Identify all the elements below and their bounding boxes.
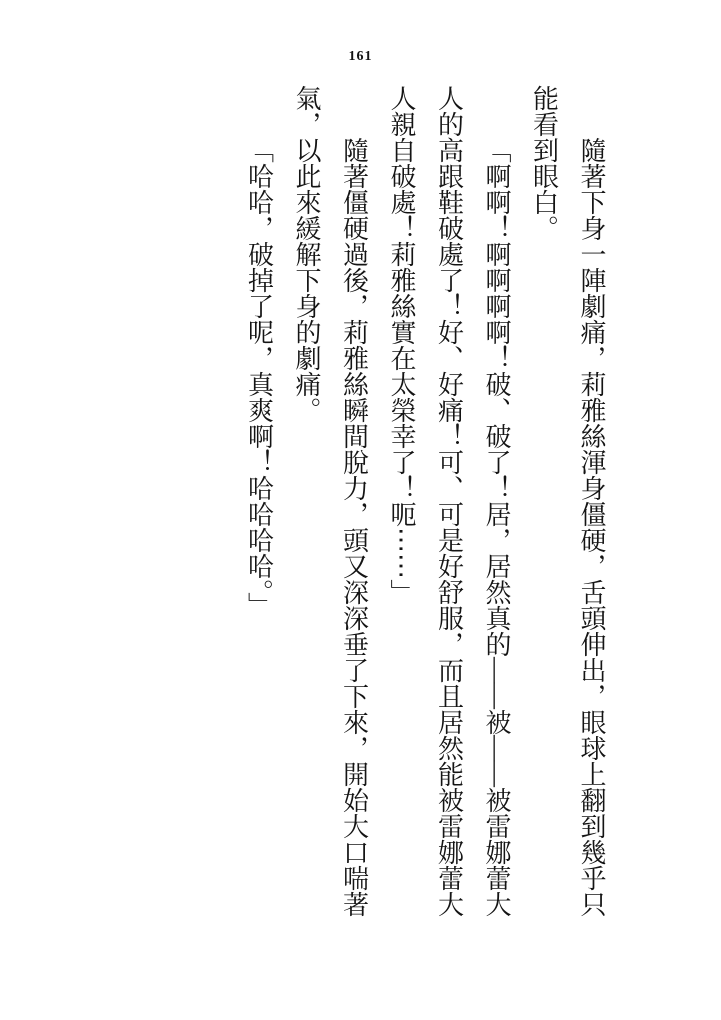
paragraph-narration-1: 隨著下身一陣劇痛，莉雅絲渾身僵硬，舌頭伸出，眼球上翻到幾乎只能看到眼白。 (520, 85, 615, 917)
paragraph-narration-2: 隨著僵硬過後，莉雅絲瞬間脫力，頭又深深垂了下來，開始大口喘著氣，以此來緩解下身的… (283, 85, 378, 917)
page-number: 161 (0, 49, 721, 65)
paragraph-dialogue-2: 「哈哈，破掉了呢，真爽啊！哈哈哈哈。」 (235, 85, 283, 917)
text-block: 隨著下身一陣劇痛，莉雅絲渾身僵硬，舌頭伸出，眼球上翻到幾乎只能看到眼白。 「啊啊… (235, 85, 615, 917)
book-page: 161 隨著下身一陣劇痛，莉雅絲渾身僵硬，舌頭伸出，眼球上翻到幾乎只能看到眼白。… (0, 0, 721, 1020)
paragraph-dialogue-1: 「啊啊！啊啊啊啊！破、破了！居，居然真的——被——被雷娜蕾大人的高跟鞋破處了！好… (378, 85, 521, 917)
